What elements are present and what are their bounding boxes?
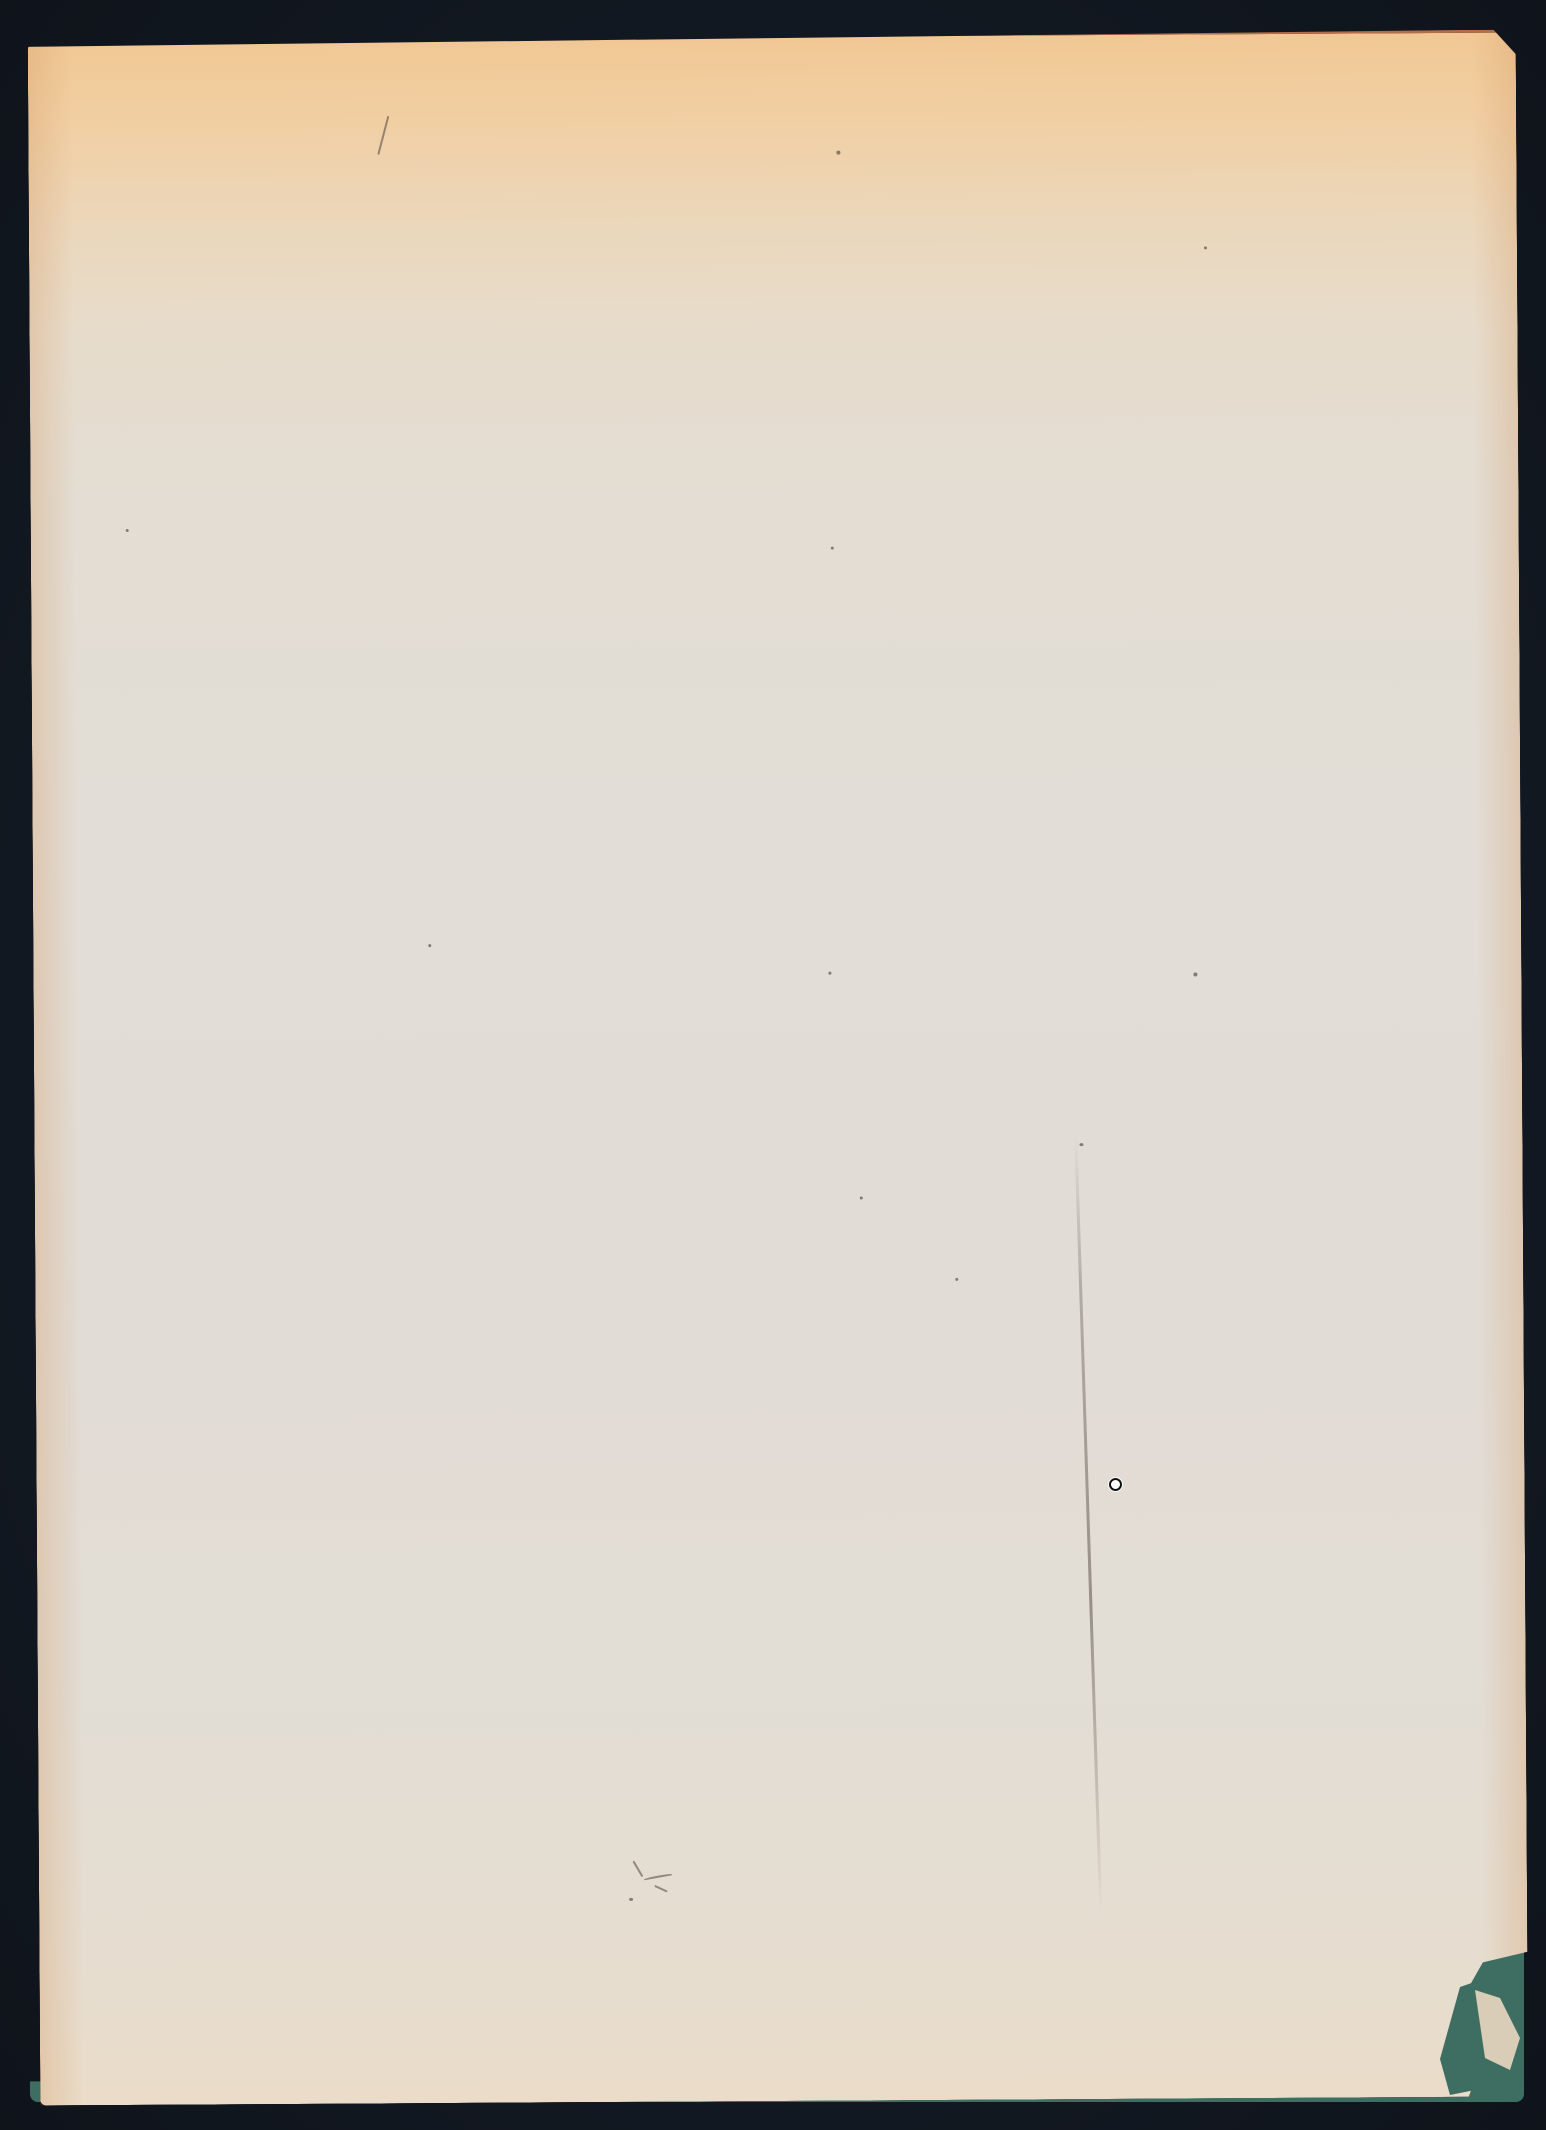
- paper-speck: [831, 547, 834, 550]
- paper-scratch: [377, 116, 389, 155]
- paper-speck: [428, 944, 431, 947]
- paper-speck: [1193, 972, 1197, 976]
- paper-speck: [860, 1196, 863, 1199]
- paper-cover: [28, 29, 1529, 2105]
- paper-speck: [1204, 246, 1207, 249]
- paper-speck: [1079, 1143, 1083, 1146]
- paper-speck: [629, 1898, 633, 1901]
- paper-scratch: [644, 1873, 672, 1880]
- paper-speck: [828, 972, 831, 975]
- paper-scratch: [632, 1861, 643, 1878]
- mouse-cursor-icon: [1109, 1478, 1122, 1491]
- paper-scratch: [654, 1885, 668, 1893]
- paper-speck: [126, 529, 129, 532]
- paper-speck: [955, 1278, 958, 1281]
- paper-speck: [836, 151, 840, 155]
- paper-crease-streak: [1074, 1135, 1102, 1915]
